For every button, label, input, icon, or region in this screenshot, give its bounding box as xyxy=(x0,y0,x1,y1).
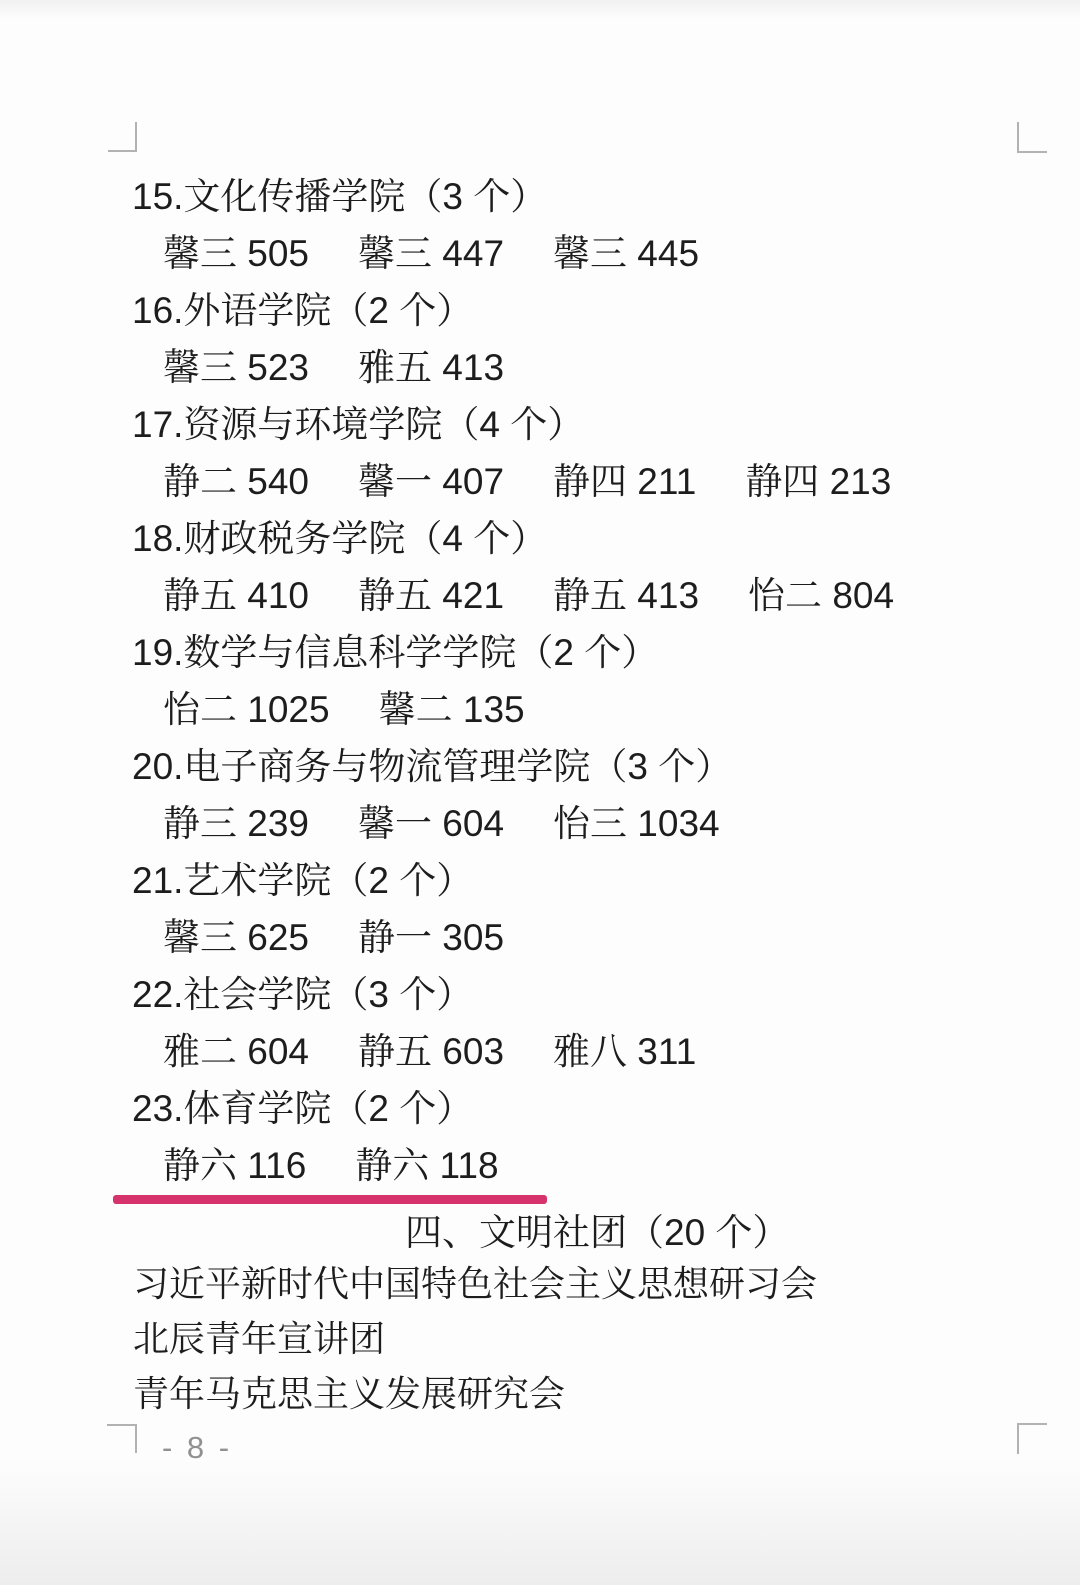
room-ref: 雅八 311 xyxy=(553,1021,696,1075)
college-item-20-title: 20.电子商务与物流管理学院（3 个） xyxy=(0,734,1080,791)
college-item-17-rooms: 静二 540 馨一 407 静四 211 静四 213 xyxy=(0,449,1080,506)
room-ref: 静六 116 xyxy=(163,1135,306,1189)
college-item-19-title: 19.数学与信息科学学院（2 个） xyxy=(0,620,1080,677)
room-ref: 静二 540 xyxy=(163,451,309,505)
college-item-20-rooms: 静三 239 馨一 604 怡三 1034 xyxy=(0,791,1080,848)
dorm-room-list: 15.文化传播学院（3 个） 馨三 505 馨三 447 馨三 445 16.外… xyxy=(0,164,1080,1190)
club-name: 习近平新时代中国特色社会主义思想研习会 xyxy=(0,1254,1080,1309)
college-item-16-rooms: 馨三 523 雅五 413 xyxy=(0,335,1080,392)
room-ref: 静四 211 xyxy=(553,451,696,505)
college-item-18-rooms: 静五 410 静五 421 静五 413 怡二 804 xyxy=(0,563,1080,620)
room-ref: 馨三 445 xyxy=(553,223,699,277)
room-ref: 雅二 604 xyxy=(163,1021,309,1075)
club-name: 青年马克思主义发展研究会 xyxy=(0,1364,1080,1419)
college-item-15-title: 15.文化传播学院（3 个） xyxy=(0,164,1080,221)
college-item-22-title: 22.社会学院（3 个） xyxy=(0,962,1080,1019)
club-name: 北辰青年宣讲团 xyxy=(0,1309,1080,1364)
room-ref: 静一 305 xyxy=(358,907,504,961)
room-ref: 馨三 523 xyxy=(163,337,309,391)
room-ref: 静四 213 xyxy=(745,451,891,505)
page-number: - 8 - xyxy=(162,1430,232,1466)
room-ref: 馨三 447 xyxy=(358,223,504,277)
room-ref: 馨二 135 xyxy=(379,679,525,733)
room-ref: 静五 410 xyxy=(163,565,309,619)
room-ref: 雅五 413 xyxy=(358,337,504,391)
college-item-17-title: 17.资源与环境学院（4 个） xyxy=(0,392,1080,449)
college-item-23-rooms: 静六 116 静六 118 xyxy=(0,1133,1080,1190)
corner-crop-mark-top-left xyxy=(108,122,137,152)
college-item-19-rooms: 怡二 1025 馨二 135 xyxy=(0,677,1080,734)
room-ref: 静五 603 xyxy=(358,1021,504,1075)
room-ref: 馨三 625 xyxy=(163,907,309,961)
room-ref: 馨三 505 xyxy=(163,223,309,277)
room-ref: 馨一 604 xyxy=(358,793,504,847)
college-item-15-rooms: 馨三 505 馨三 447 馨三 445 xyxy=(0,221,1080,278)
corner-crop-mark-bottom-right xyxy=(1017,1423,1047,1454)
college-item-21-title: 21.艺术学院（2 个） xyxy=(0,848,1080,905)
room-ref: 静五 413 xyxy=(553,565,699,619)
section-heading: 四、文明社团（20 个） xyxy=(0,1204,1080,1254)
college-item-18-title: 18.财政税务学院（4 个） xyxy=(0,506,1080,563)
room-ref: 静五 421 xyxy=(358,565,504,619)
room-ref: 怡三 1034 xyxy=(553,793,720,847)
room-ref: 馨一 407 xyxy=(358,451,504,505)
college-item-22-rooms: 雅二 604 静五 603 雅八 311 xyxy=(0,1019,1080,1076)
room-ref: 静六 118 xyxy=(355,1135,498,1189)
room-ref: 怡二 804 xyxy=(748,565,894,619)
corner-crop-mark-top-right xyxy=(1017,122,1047,153)
corner-crop-mark-bottom-left xyxy=(107,1424,137,1453)
college-item-23-title: 23.体育学院（2 个） xyxy=(0,1076,1080,1133)
civil-clubs-section: 四、文明社团（20 个） 习近平新时代中国特色社会主义思想研习会 北辰青年宣讲团… xyxy=(0,1204,1080,1419)
room-ref: 静三 239 xyxy=(163,793,309,847)
document-body: 15.文化传播学院（3 个） 馨三 505 馨三 447 馨三 445 16.外… xyxy=(0,164,1080,1419)
college-item-21-rooms: 馨三 625 静一 305 xyxy=(0,905,1080,962)
room-ref: 怡二 1025 xyxy=(163,679,330,733)
document-page: { "page": { "background": "#fdfdfd", "te… xyxy=(0,0,1080,1585)
college-item-16-title: 16.外语学院（2 个） xyxy=(0,278,1080,335)
